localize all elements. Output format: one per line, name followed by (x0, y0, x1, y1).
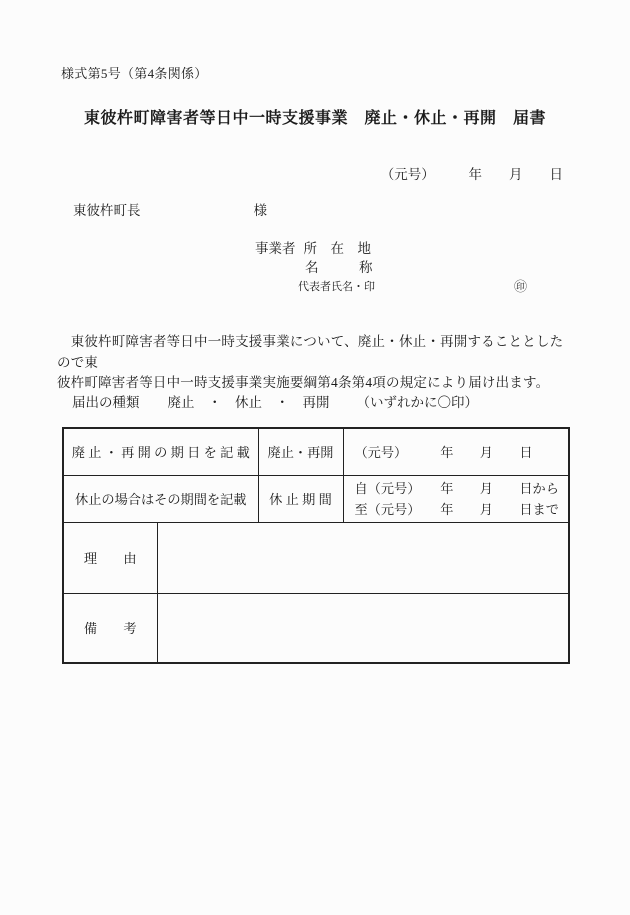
suspension-period-from-line: 自（元号） 年 月 日から (355, 478, 569, 499)
suspension-period-to-line: 至（元号） 年 月 日まで (355, 499, 569, 520)
notification-type-line: 届出の種類廃止 ・ 休止 ・ 再開（いずれかに〇印） (72, 391, 478, 411)
notification-type-options: 廃止 ・ 休止 ・ 再開 (168, 395, 330, 410)
operator-name-row: 名 称 (255, 258, 375, 277)
form-table: 廃 止 ・ 再 開 の 期 日 を 記 載 廃止・再開 （元号） 年 月 日 休… (62, 427, 570, 664)
document-title: 東彼杵町障害者等日中一時支援事業 廃止・休止・再開 届書 (0, 105, 630, 128)
table-row-suspension-period: 休止の場合はその期間を記載 休 止 期 間 自（元号） 年 月 日から 至（元号… (63, 475, 569, 522)
table-row-remarks: 備 考 (63, 593, 569, 663)
body-paragraph: 東彼杵町障害者等日中一時支援事業について、廃止・休止・再開することとしたので東 … (57, 332, 577, 394)
document-page: 様式第5号（第4条関係） 東彼杵町障害者等日中一時支援事業 廃止・休止・再開 届… (0, 0, 630, 915)
operator-name-label: 名 称 (305, 260, 373, 275)
reason-blank-cell (157, 522, 569, 593)
addressee-line: 東彼杵町長様 (73, 199, 267, 219)
operator-address-row: 事業者 所 在 地 (255, 239, 375, 258)
operator-representative-label: 代表者氏名・印 (298, 281, 375, 293)
table-row-abolition-date: 廃 止 ・ 再 開 の 期 日 を 記 載 廃止・再開 （元号） 年 月 日 (63, 428, 569, 475)
seal-mark-icon: ㊞ (514, 276, 527, 295)
suspension-period-instruction-cell: 休止の場合はその期間を記載 (63, 475, 258, 522)
abolition-date-instruction-cell: 廃 止 ・ 再 開 の 期 日 を 記 載 (63, 428, 258, 475)
abolition-resumption-header-cell: 廃止・再開 (258, 428, 343, 475)
reason-label-cell: 理 由 (63, 522, 157, 593)
addressee-name: 東彼杵町長 (73, 203, 141, 218)
abolition-date-value-cell: （元号） 年 月 日 (343, 428, 569, 475)
suspension-period-header-cell: 休 止 期 間 (258, 475, 343, 522)
notification-type-label: 届出の種類 (72, 395, 140, 410)
notification-type-note: （いずれかに〇印） (357, 395, 479, 410)
submission-date-line: （元号） 年 月 日 (381, 163, 563, 183)
form-number: 様式第5号（第4条関係） (61, 63, 208, 82)
operator-address-label: 所 在 地 (304, 239, 372, 258)
remarks-label-cell: 備 考 (63, 593, 157, 663)
body-paragraph-line-1: 東彼杵町障害者等日中一時支援事業について、廃止・休止・再開することとしたので東 (57, 332, 577, 373)
addressee-honorific: 様 (254, 203, 268, 218)
operator-entity-label: 事業者 (255, 239, 296, 258)
table-row-reason: 理 由 (63, 522, 569, 593)
suspension-period-value-cell: 自（元号） 年 月 日から 至（元号） 年 月 日まで (343, 475, 569, 522)
remarks-blank-cell (157, 593, 569, 663)
operator-representative-row: 代表者氏名・印 (255, 280, 375, 294)
operator-block: 事業者 所 在 地 名 称 代表者氏名・印 (255, 239, 375, 294)
